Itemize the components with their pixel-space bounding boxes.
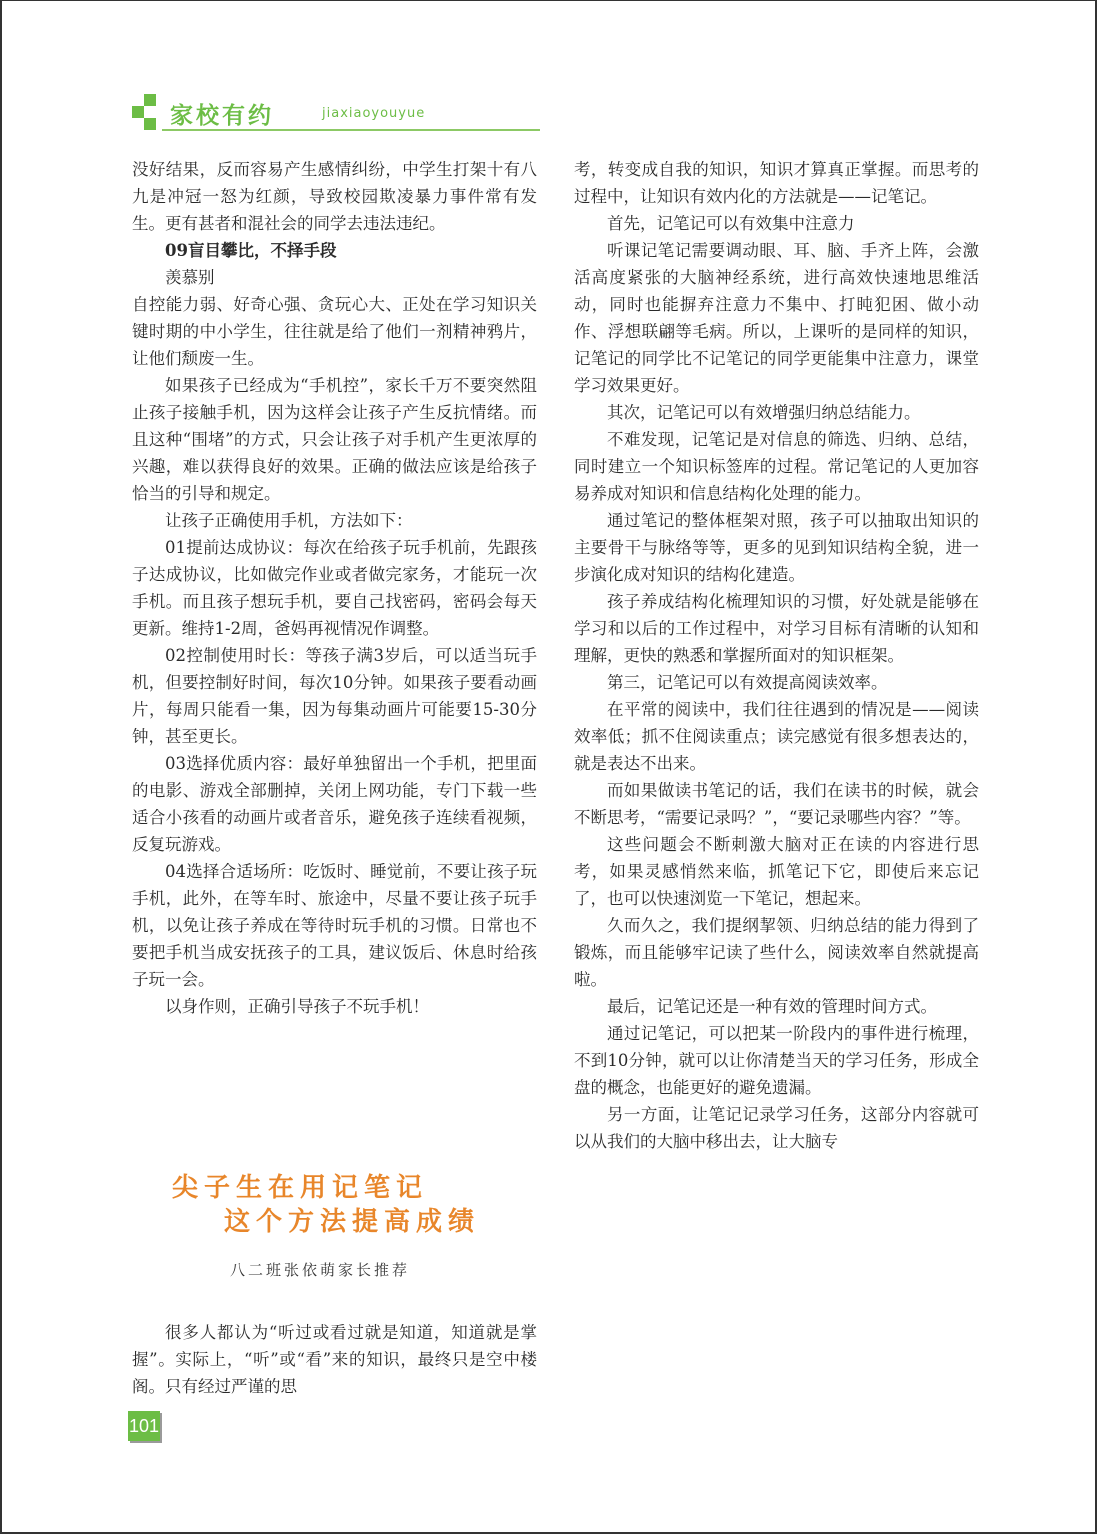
article-title: 尖子生在用记笔记 这个方法提高成绩 bbox=[172, 1171, 532, 1239]
paragraph: 通过记笔记，可以把某一阶段内的事件进行梳理，不到10分钟，就可以让你清楚当天的学… bbox=[574, 1020, 979, 1101]
paragraph: 没好结果，反而容易产生感情纠纷，中学生打架十有八九是冲冠一怒为红颜，导致校园欺凌… bbox=[132, 156, 537, 237]
paragraph: 01提前达成协议：每次在给孩子玩手机前，先跟孩子达成协议，比如做完作业或者做完家… bbox=[132, 534, 537, 642]
paragraph: 02控制使用时长：等孩子满3岁后，可以适当玩手机，但要控制好时间，每次10分钟。… bbox=[132, 642, 537, 750]
green-squares-logo-icon bbox=[132, 94, 162, 130]
logo-square bbox=[132, 106, 144, 118]
logo-square bbox=[144, 94, 156, 106]
paragraph: 通过笔记的整体框架对照，孩子可以抽取出知识的主要骨干与脉络等等，更多的见到知识结… bbox=[574, 507, 979, 588]
article-title-line-2: 这个方法提高成绩 bbox=[172, 1205, 532, 1239]
paragraph: 孩子养成结构化梳理知识的习惯，好处就是能够在学习和以后的工作过程中，对学习目标有… bbox=[574, 588, 979, 669]
page-number: 101 bbox=[128, 1411, 160, 1441]
paragraph: 第三，记笔记可以有效提高阅读效率。 bbox=[574, 669, 979, 696]
right-column: 考，转变成自我的知识，知识才算真正掌握。而思考的过程中，让知识有效内化的方法就是… bbox=[574, 156, 979, 1155]
paragraph: 以身作则，正确引导孩子不玩手机！ bbox=[132, 993, 537, 1020]
section-pinyin: jiaxiaoyouyue bbox=[322, 106, 425, 121]
paragraph: 而如果做读书笔记的话，我们在读书的时候，就会不断思考，“需要记录吗？”，“要记录… bbox=[574, 777, 979, 831]
paragraph: 不难发现，记笔记是对信息的筛选、归纳、总结，同时建立一个知识标签库的过程。常记笔… bbox=[574, 426, 979, 507]
paragraph: 久而久之，我们提纲挈领、归纳总结的能力得到了锻炼，而且能够牢记读了些什么，阅读效… bbox=[574, 912, 979, 993]
article-title-line-1: 尖子生在用记笔记 bbox=[172, 1171, 532, 1205]
subheading: 09盲目攀比，不择手段 bbox=[132, 237, 537, 264]
paragraph: 让孩子正确使用手机，方法如下： bbox=[132, 507, 537, 534]
paragraph: 03选择优质内容：最好单独留出一个手机，把里面的电影、游戏全部删掉，关闭上网功能… bbox=[132, 750, 537, 858]
section-header: 家校有约 jiaxiaoyouyue bbox=[132, 94, 540, 134]
paragraph: 04选择合适场所：吃饭时、睡觉前，不要让孩子玩手机，此外，在等车时、旅途中，尽量… bbox=[132, 858, 537, 993]
header-divider bbox=[162, 129, 540, 131]
paragraph: 听课记笔记需要调动眼、耳、脑、手齐上阵，会激活高度紧张的大脑神经系统，进行高效快… bbox=[574, 237, 979, 399]
logo-square bbox=[144, 118, 156, 130]
paragraph: 另一方面，让笔记记录学习任务，这部分内容就可以从我们的大脑中移出去，让大脑专 bbox=[574, 1101, 979, 1155]
paragraph: 首先，记笔记可以有效集中注意力 bbox=[574, 210, 979, 237]
paragraph: 羡慕别 bbox=[132, 264, 537, 291]
paragraph: 在平常的阅读中，我们往往遇到的情况是——阅读效率低；抓不住阅读重点；读完感觉有很… bbox=[574, 696, 979, 777]
article-byline: 八二班张依萌家长推荐 bbox=[230, 1259, 410, 1280]
paragraph: 自控能力弱、好奇心强、贪玩心大、正处在学习知识关键时期的中小学生，往往就是给了他… bbox=[132, 291, 537, 372]
paragraph: 考，转变成自我的知识，知识才算真正掌握。而思考的过程中，让知识有效内化的方法就是… bbox=[574, 156, 979, 210]
article-intro: 很多人都认为“听过或看过就是知道，知道就是掌握”。实际上，“听”或“看”来的知识… bbox=[132, 1319, 537, 1400]
paragraph: 这些问题会不断刺激大脑对正在读的内容进行思考，如果灵感悄然来临，抓笔记下它，即使… bbox=[574, 831, 979, 912]
magazine-page: 家校有约 jiaxiaoyouyue 没好结果，反而容易产生感情纠纷，中学生打架… bbox=[0, 0, 1097, 1534]
section-title: 家校有约 bbox=[170, 97, 274, 130]
paragraph: 很多人都认为“听过或看过就是知道，知道就是掌握”。实际上，“听”或“看”来的知识… bbox=[132, 1319, 537, 1400]
paragraph: 如果孩子已经成为“手机控”，家长千万不要突然阻止孩子接触手机，因为这样会让孩子产… bbox=[132, 372, 537, 507]
left-column: 没好结果，反而容易产生感情纠纷，中学生打架十有八九是冲冠一怒为红颜，导致校园欺凌… bbox=[132, 156, 537, 1020]
paragraph: 最后，记笔记还是一种有效的管理时间方式。 bbox=[574, 993, 979, 1020]
paragraph: 其次，记笔记可以有效增强归纳总结能力。 bbox=[574, 399, 979, 426]
